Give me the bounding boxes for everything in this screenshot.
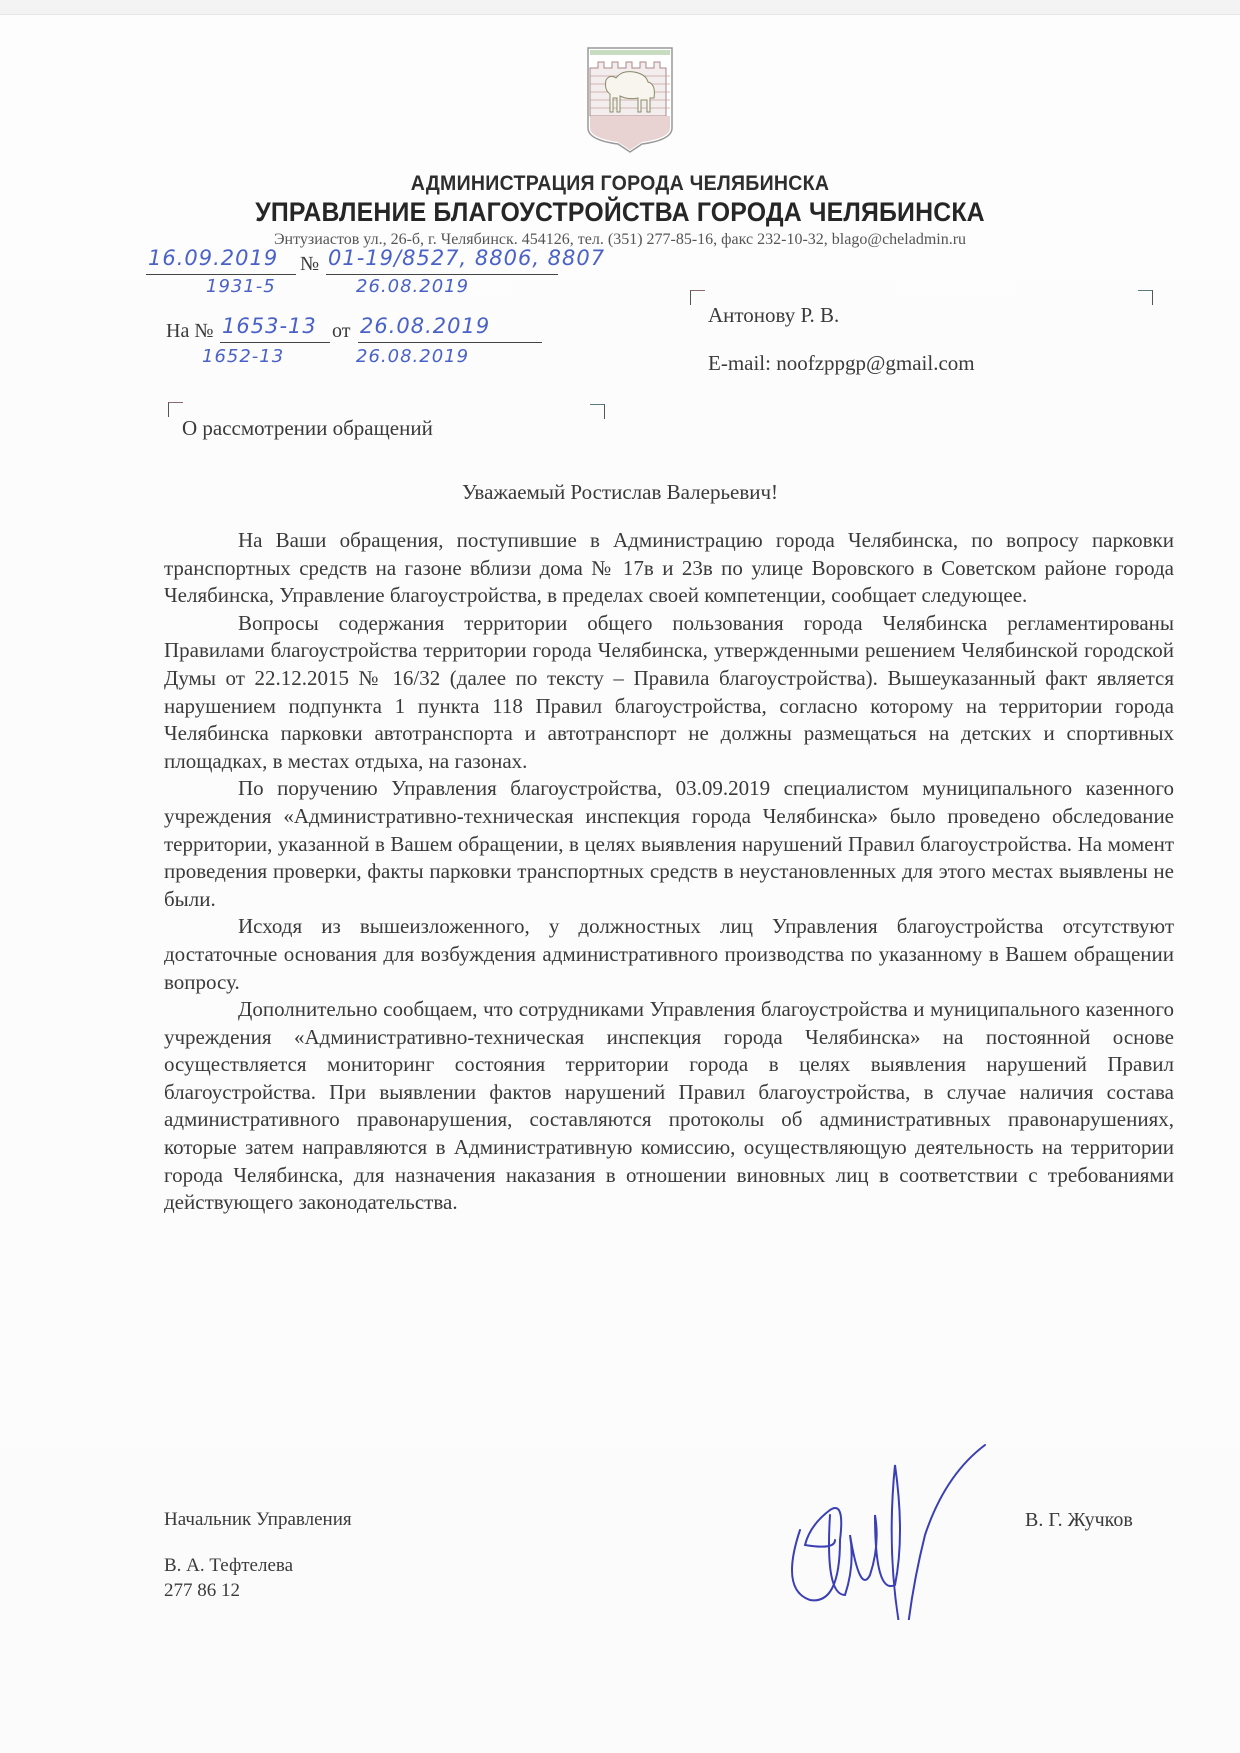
- executor-name: В. А. Тефтелева: [164, 1555, 293, 1577]
- org-title-administration: АДМИНИСТРАЦИЯ ГОРОДА ЧЕЛЯБИНСКА: [43, 172, 1196, 196]
- recipient-bracket-left: [690, 290, 705, 305]
- reply-date-underline: [358, 342, 542, 343]
- reply-date: 26.08.2019: [360, 314, 490, 338]
- reply-to-label: На №: [166, 320, 213, 343]
- outgoing-date: 16.09.2019: [148, 246, 278, 270]
- handwritten-signature: [760, 1420, 1000, 1620]
- date-underline: [146, 274, 296, 275]
- signer-position: Начальник Управления: [164, 1509, 352, 1531]
- extra-ref-date: 26.08.2019: [356, 276, 469, 297]
- recipient-name: Антонову Р. В.: [708, 303, 839, 328]
- body-paragraph: На Ваши обращения, поступившие в Админис…: [164, 527, 1174, 610]
- body-paragraph: Вопросы содержания территории общего пол…: [164, 610, 1174, 776]
- coat-of-arms-icon: [582, 40, 678, 155]
- body-paragraph: Дополнительно сообщаем, что сотрудниками…: [164, 996, 1174, 1217]
- reply-number: 1653-13: [222, 314, 317, 338]
- body-paragraph: По поручению Управления благоустройства,…: [164, 775, 1174, 913]
- from-label: от: [332, 320, 350, 343]
- number-underline: [326, 274, 558, 275]
- letter-page: АДМИНИСТРАЦИЯ ГОРОДА ЧЕЛЯБИНСКА УПРАВЛЕН…: [0, 0, 1240, 1753]
- scan-edge: [0, 0, 1240, 15]
- signer-name: В. Г. Жучков: [1025, 1509, 1133, 1532]
- reply-number-underline: [220, 342, 330, 343]
- executor-phone: 277 86 12: [164, 1580, 240, 1602]
- recipient-bracket-right: [1138, 290, 1153, 305]
- outgoing-number: 01-19/8527, 8806, 8807: [328, 246, 605, 270]
- letter-subject: О рассмотрении обращений: [182, 416, 433, 441]
- org-title-department: УПРАВЛЕНИЕ БЛАГОУСТРОЙСТВА ГОРОДА ЧЕЛЯБИ…: [50, 197, 1191, 228]
- body-paragraph: Исходя из вышеизложенного, у должностных…: [164, 913, 1174, 996]
- recipient-email: E-mail: noofzppgp@gmail.com: [708, 351, 975, 376]
- number-label: №: [300, 253, 319, 276]
- subject-bracket-right: [590, 404, 605, 419]
- greeting: Уважаемый Ростислав Валерьевич!: [0, 480, 1240, 505]
- letter-body: На Ваши обращения, поступившие в Админис…: [164, 527, 1174, 1217]
- second-ref-date: 26.08.2019: [356, 346, 469, 367]
- extra-ref-number: 1931-5: [206, 276, 276, 297]
- second-ref-number: 1652-13: [202, 346, 284, 367]
- subject-bracket-left: [168, 402, 183, 417]
